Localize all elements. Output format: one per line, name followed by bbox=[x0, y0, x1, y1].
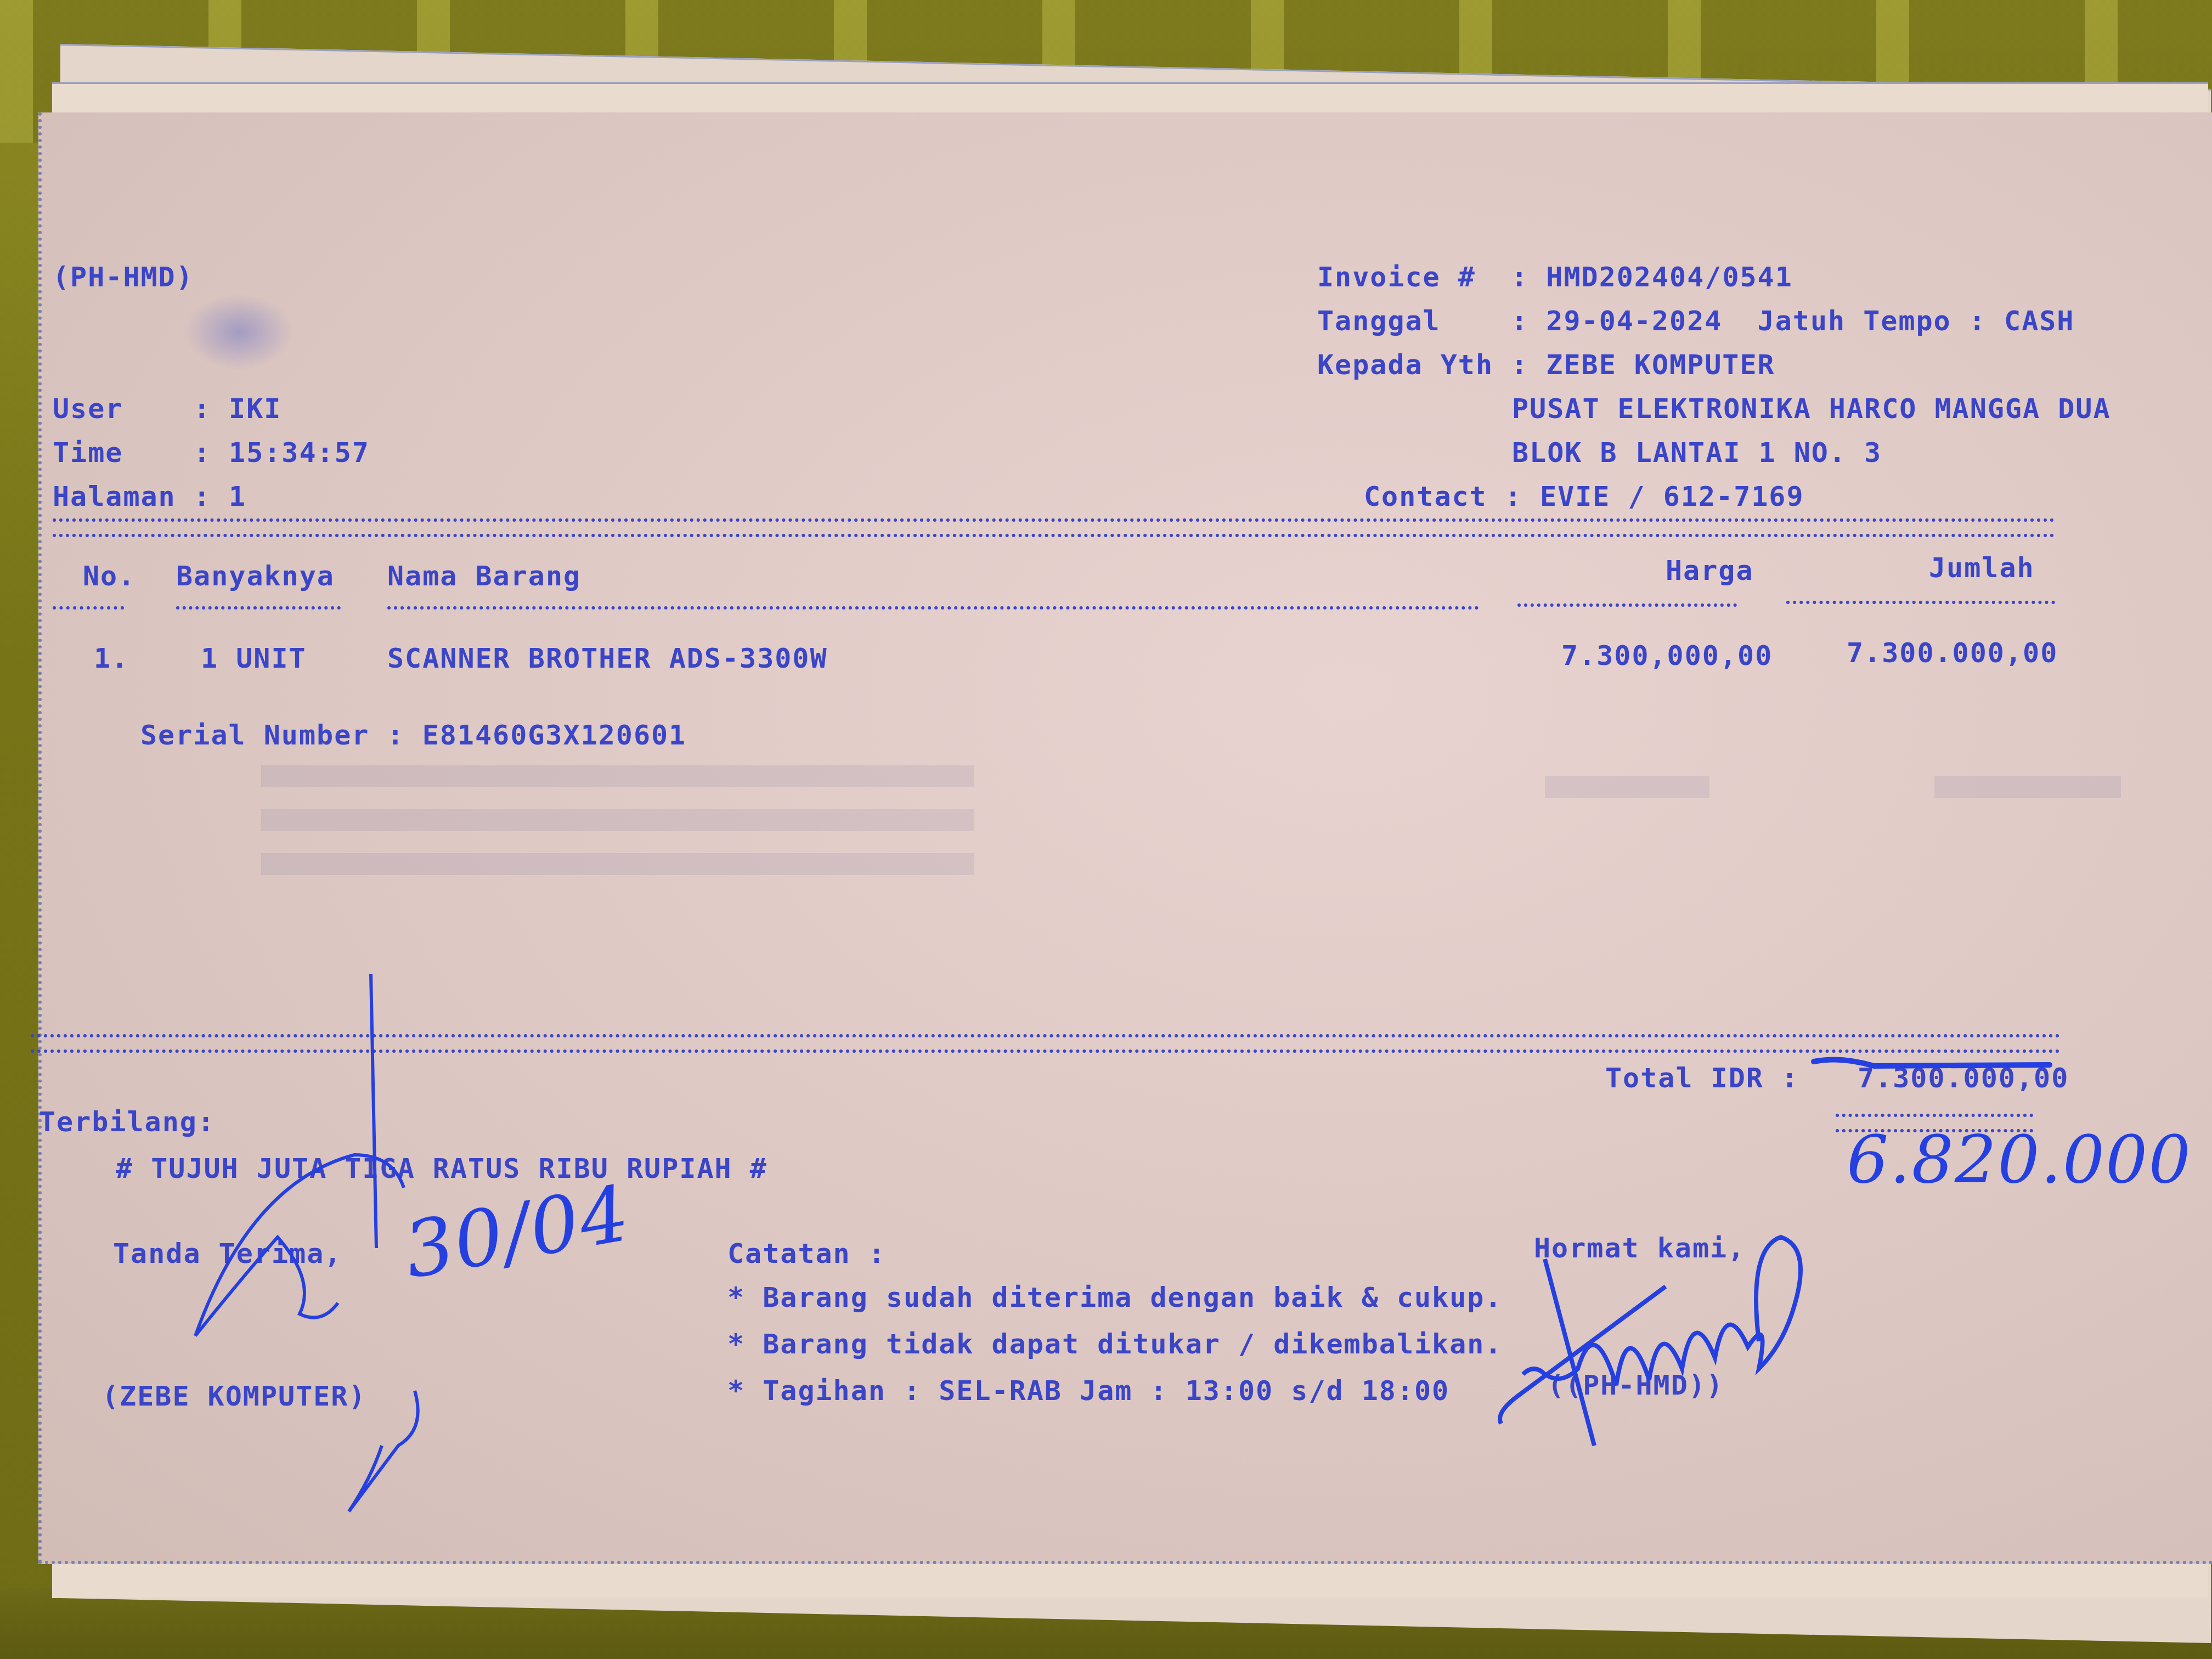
col-header-name: Nama Barang bbox=[387, 560, 581, 592]
recipient-label: Kepada Yth bbox=[1317, 349, 1493, 381]
show-through-text bbox=[261, 765, 974, 787]
page-label: Halaman bbox=[53, 481, 176, 512]
due-label: Jatuh Tempo bbox=[1758, 305, 1951, 337]
col-rule-no bbox=[53, 606, 124, 615]
note-item: * Tagihan : SEL-RAB Jam : 13:00 s/d 18:0… bbox=[727, 1374, 1449, 1407]
col-rule-name bbox=[387, 606, 1479, 615]
invoice-label: Invoice # bbox=[1317, 261, 1476, 293]
contact-label: Contact bbox=[1364, 481, 1487, 512]
show-through-text bbox=[261, 809, 974, 831]
note-item: * Barang sudah diterima dengan baik & cu… bbox=[727, 1281, 1503, 1314]
handwritten-amount: 6.820.000 bbox=[1847, 1122, 2192, 1198]
page-row: Halaman : 1 bbox=[53, 480, 246, 513]
contact-value: EVIE / 612-7169 bbox=[1540, 481, 1804, 512]
header-divider bbox=[53, 518, 2055, 537]
show-through-text bbox=[1545, 776, 1709, 798]
col-rule-price bbox=[1517, 603, 1737, 612]
serial-label: Serial Number bbox=[140, 719, 369, 751]
issuer-signature bbox=[1485, 1204, 1869, 1457]
branch-code: (PH-HMD) bbox=[53, 261, 194, 294]
address-line-2: BLOK B LANTAI 1 NO. 3 bbox=[1512, 436, 1882, 469]
user-value: IKI bbox=[229, 393, 281, 425]
address-line-1: PUSAT ELEKTRONIKA HARCO MANGGA DUA bbox=[1512, 392, 2111, 425]
receiver-signature bbox=[140, 974, 524, 1577]
total-label: Total IDR : bbox=[1605, 1062, 1799, 1094]
invoice-number: HMD202404/0541 bbox=[1546, 261, 1792, 293]
invoice-paper: (PH-HMD) User : IKI Time : 15:34:57 Hala… bbox=[38, 112, 2212, 1564]
user-label: User bbox=[53, 393, 123, 425]
show-through-text bbox=[261, 853, 974, 875]
ink-smudge bbox=[184, 294, 294, 370]
row-price: 7.300,000,00 bbox=[1561, 639, 1773, 672]
serial-number-row: Serial Number : E81460G3X120601 bbox=[140, 719, 686, 752]
time-label: Time bbox=[53, 437, 123, 469]
recipient-name: ZEBE KOMPUTER bbox=[1546, 349, 1775, 381]
show-through-text bbox=[1934, 776, 2121, 798]
date-row: Tanggal : 29-04-2024 Jatuh Tempo : CASH bbox=[1317, 304, 2074, 337]
col-rule-qty bbox=[176, 606, 341, 615]
col-header-price: Harga bbox=[1666, 554, 1754, 587]
col-rule-amount bbox=[1786, 601, 2055, 610]
due-value: CASH bbox=[2004, 305, 2074, 337]
col-header-qty: Banyaknya bbox=[176, 560, 335, 592]
date-value: 29-04-2024 bbox=[1546, 305, 1722, 337]
user-row: User : IKI bbox=[53, 392, 281, 425]
col-header-amount: Jumlah bbox=[1929, 551, 2035, 584]
strike-through-mark bbox=[1808, 1056, 2061, 1078]
notes-title: Catatan : bbox=[727, 1237, 886, 1270]
row-qty: 1 UNIT bbox=[201, 642, 307, 675]
contact-row: Contact : EVIE / 612-7169 bbox=[1364, 480, 1804, 513]
serial-value: E81460G3X120601 bbox=[422, 719, 687, 751]
time-value: 15:34:57 bbox=[229, 437, 370, 469]
row-no: 1. bbox=[94, 642, 129, 675]
note-item: * Barang tidak dapat ditukar / dikembali… bbox=[727, 1328, 1503, 1361]
time-row: Time : 15:34:57 bbox=[53, 436, 370, 469]
page-value: 1 bbox=[229, 481, 246, 512]
date-label: Tanggal bbox=[1317, 305, 1441, 337]
recipient-row: Kepada Yth : ZEBE KOMPUTER bbox=[1317, 348, 1775, 381]
col-header-no: No. bbox=[83, 560, 136, 592]
invoice-number-row: Invoice # : HMD202404/0541 bbox=[1317, 261, 1793, 294]
row-item-name: SCANNER BROTHER ADS-3300W bbox=[387, 642, 828, 675]
row-amount: 7.300.000,00 bbox=[1847, 636, 2058, 669]
